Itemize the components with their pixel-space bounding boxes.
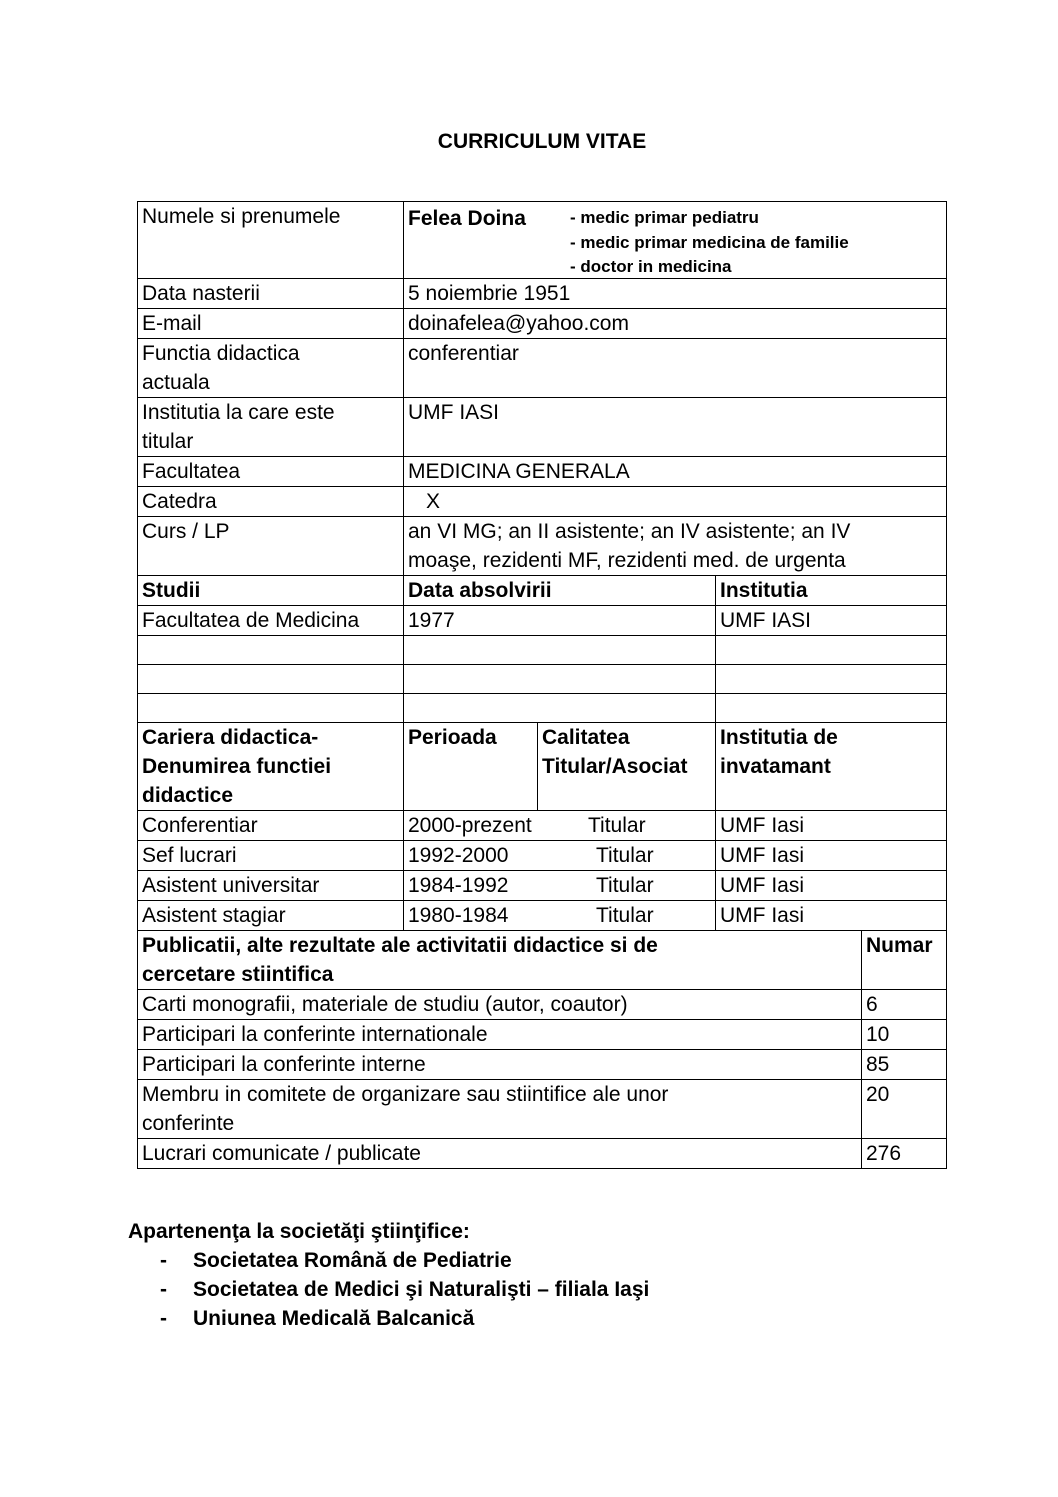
list-item: -Uniunea Medicală Balcanică [128,1304,649,1333]
studies-header: Studii Data absolvirii Institutia [138,576,947,606]
career-row: Sef lucrari 1992-2000Titular UMF Iasi [138,841,947,871]
name-row: Numele si prenumele Felea Doina - medic … [138,202,947,279]
function-label: Functia didacticaactuala [138,339,404,398]
course-value: an VI MG; an II asistente; an IV asisten… [404,517,947,576]
list-item: -Societatea de Medici şi Naturalişti – f… [128,1275,649,1304]
faculty-row: Facultatea MEDICINA GENERALA [138,457,947,487]
empty-row [138,694,947,723]
birth-label: Data nasterii [138,279,404,309]
institution-value: UMF IASI [404,398,947,457]
publication-row: Membru in comitete de organizare sau sti… [138,1080,947,1139]
course-label: Curs / LP [138,517,404,576]
publications-header: Publicatii, alte rezultate ale activitat… [138,931,947,990]
career-row: Asistent universitar 1984-1992Titular UM… [138,871,947,901]
function-row: Functia didacticaactuala conferentiar [138,339,947,398]
societies-heading: Apartenenţa la societăţi ştiinţifice: [128,1217,649,1246]
person-name: Felea Doina [408,204,526,233]
institution-row: Institutia la care estetitular UMF IASI [138,398,947,457]
list-item: -Societatea Română de Pediatrie [128,1246,649,1275]
birth-row: Data nasterii 5 noiembrie 1951 [138,279,947,309]
institution-label: Institutia la care estetitular [138,398,404,457]
department-value: X [404,487,947,517]
faculty-value: MEDICINA GENERALA [404,457,947,487]
email-label: E-mail [138,309,404,339]
name-cell: Felea Doina - medic primar pediatru - me… [404,202,947,279]
faculty-label: Facultatea [138,457,404,487]
career-row: Asistent stagiar 1980-1984Titular UMF Ia… [138,901,947,931]
publication-row: Participari la conferinte interne 85 [138,1050,947,1080]
empty-row [138,636,947,665]
department-label: Catedra [138,487,404,517]
societies-list: -Societatea Română de Pediatrie -Societa… [128,1246,649,1333]
cv-table: Numele si prenumele Felea Doina - medic … [137,201,947,1169]
professional-titles: - medic primar pediatru - medic primar m… [570,206,849,280]
birth-value: 5 noiembrie 1951 [404,279,947,309]
career-header: Cariera didactica-Denumirea functieidida… [138,723,947,811]
email-row: E-mail doinafelea@yahoo.com [138,309,947,339]
career-row: Conferentiar 2000-prezentTitular UMF Ias… [138,811,947,841]
studies-row: Facultatea de Medicina 1977 UMF IASI [138,606,947,636]
document-title: CURRICULUM VITAE [0,130,1058,154]
publication-row: Participari la conferinte internationale… [138,1020,947,1050]
publication-row: Lucrari comunicate / publicate 276 [138,1139,947,1169]
name-label: Numele si prenumele [138,202,404,279]
empty-row [138,665,947,694]
course-row: Curs / LP an VI MG; an II asistente; an … [138,517,947,576]
societies-section: Apartenenţa la societăţi ştiinţifice: -S… [128,1217,649,1333]
email-value: doinafelea@yahoo.com [404,309,947,339]
function-value: conferentiar [404,339,947,398]
publication-row: Carti monografii, materiale de studiu (a… [138,990,947,1020]
department-row: Catedra X [138,487,947,517]
